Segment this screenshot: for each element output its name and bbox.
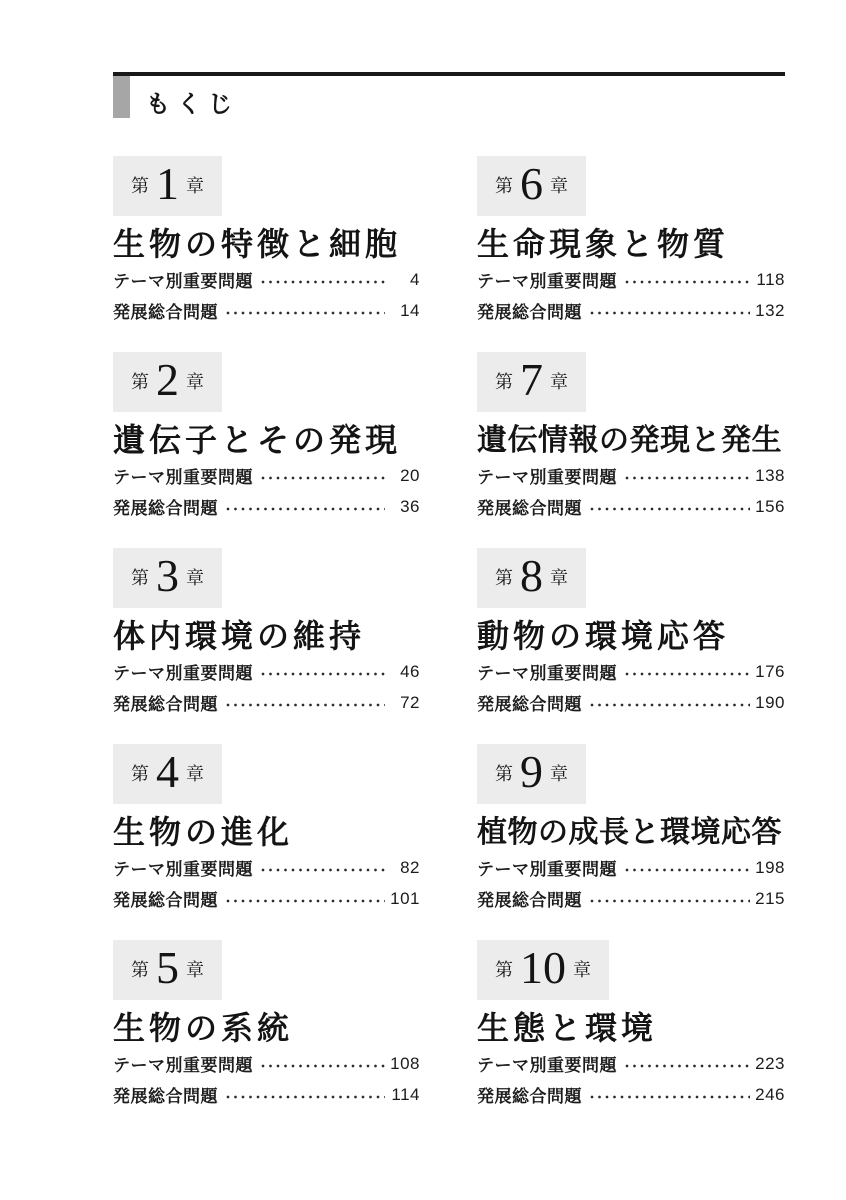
page-number: 156 <box>755 497 785 517</box>
dot-leader <box>261 280 385 284</box>
chapter-suffix: 章 <box>550 177 568 195</box>
toc-entry-label: テーマ別重要問題 <box>477 463 617 488</box>
chapter-title: 遺伝子とその発現 <box>113 421 420 460</box>
toc-entry-label: テーマ別重要問題 <box>113 463 253 488</box>
dot-leader <box>261 1064 385 1068</box>
toc-entry: 発展総合問題 101 <box>113 883 420 914</box>
chapter-number: 2 <box>156 357 179 403</box>
page-number: 190 <box>755 693 785 713</box>
toc-entry: 発展総合問題 36 <box>113 491 420 522</box>
page-number: 108 <box>390 1054 420 1074</box>
toc-content: もくじ 第 1 章 生物の特徴と細胞 テーマ別重要問題 4 <box>113 72 785 1136</box>
chapter-prefix: 第 <box>131 765 149 783</box>
chapter-card: 第 5 章 生物の系統 テーマ別重要問題 108 発展総合問題 114 <box>113 940 420 1136</box>
chapter-card: 第 10 章 生態と環境 テーマ別重要問題 223 発展総合問題 246 <box>477 940 785 1136</box>
dot-leader <box>261 868 385 872</box>
toc-entry-label: 発展総合問題 <box>113 298 218 323</box>
page-number: 20 <box>390 466 420 486</box>
toc-entry: テーマ別重要問題 223 <box>477 1048 785 1079</box>
chapter-number: 1 <box>156 161 179 207</box>
chapter-suffix: 章 <box>186 569 204 587</box>
chapter-suffix: 章 <box>186 961 204 979</box>
chapter-number: 3 <box>156 553 179 599</box>
toc-entry-label: テーマ別重要問題 <box>113 659 253 684</box>
toc-entry: 発展総合問題 114 <box>113 1079 420 1110</box>
toc-entry-label: 発展総合問題 <box>113 886 218 911</box>
chapter-number: 4 <box>156 749 179 795</box>
toc-entry-label: テーマ別重要問題 <box>477 267 617 292</box>
page-number: 82 <box>390 858 420 878</box>
chapter-prefix: 第 <box>131 569 149 587</box>
page-number: 46 <box>390 662 420 682</box>
chapter-prefix: 第 <box>495 961 513 979</box>
chapter-prefix: 第 <box>495 569 513 587</box>
dot-leader <box>590 703 750 707</box>
toc-entry: テーマ別重要問題 46 <box>113 656 420 687</box>
chapter-card: 第 1 章 生物の特徴と細胞 テーマ別重要問題 4 発展総合問題 14 <box>113 156 420 352</box>
dot-leader <box>625 280 750 284</box>
page-number: 118 <box>755 270 785 290</box>
chapter-badge: 第 4 章 <box>113 744 222 804</box>
page-number: 4 <box>390 270 420 290</box>
chapter-title: 生物の進化 <box>113 813 420 852</box>
chapter-number: 10 <box>520 945 566 991</box>
chapter-title: 動物の環境応答 <box>477 617 785 656</box>
toc-header: もくじ <box>113 72 785 122</box>
chapter-badge: 第 9 章 <box>477 744 586 804</box>
chapter-card: 第 3 章 体内環境の維持 テーマ別重要問題 46 発展総合問題 72 <box>113 548 420 744</box>
page-number: 198 <box>755 858 785 878</box>
chapter-suffix: 章 <box>186 373 204 391</box>
chapter-suffix: 章 <box>186 177 204 195</box>
page-number: 101 <box>390 889 420 909</box>
toc-entry: 発展総合問題 72 <box>113 687 420 718</box>
chapter-badge: 第 7 章 <box>477 352 586 412</box>
toc-entry: テーマ別重要問題 108 <box>113 1048 420 1079</box>
page-number: 36 <box>390 497 420 517</box>
chapter-card: 第 4 章 生物の進化 テーマ別重要問題 82 発展総合問題 101 <box>113 744 420 940</box>
chapter-suffix: 章 <box>550 765 568 783</box>
chapter-badge: 第 5 章 <box>113 940 222 1000</box>
toc-entry: 発展総合問題 190 <box>477 687 785 718</box>
dot-leader <box>261 476 385 480</box>
dot-leader <box>625 868 750 872</box>
chapter-badge: 第 2 章 <box>113 352 222 412</box>
chapter-prefix: 第 <box>495 373 513 391</box>
dot-leader <box>226 507 385 511</box>
chapter-number: 8 <box>520 553 543 599</box>
dot-leader <box>226 1095 385 1099</box>
page-number: 114 <box>390 1085 420 1105</box>
page-number: 215 <box>755 889 785 909</box>
chapter-badge: 第 6 章 <box>477 156 586 216</box>
chapter-card: 第 9 章 植物の成長と環境応答 テーマ別重要問題 198 発展総合問題 215 <box>477 744 785 940</box>
chapter-title: 生物の特徴と細胞 <box>113 225 420 264</box>
chapter-prefix: 第 <box>131 961 149 979</box>
toc-entry-label: テーマ別重要問題 <box>477 659 617 684</box>
chapter-title: 生命現象と物質 <box>477 225 785 264</box>
chapter-number: 7 <box>520 357 543 403</box>
toc-entry-label: 発展総合問題 <box>477 298 582 323</box>
toc-entry: 発展総合問題 156 <box>477 491 785 522</box>
chapter-card: 第 8 章 動物の環境応答 テーマ別重要問題 176 発展総合問題 190 <box>477 548 785 744</box>
chapter-badge: 第 10 章 <box>477 940 609 1000</box>
chapter-card: 第 7 章 遺伝情報の発現と発生 テーマ別重要問題 138 発展総合問題 156 <box>477 352 785 548</box>
chapter-suffix: 章 <box>550 373 568 391</box>
dot-leader <box>590 311 750 315</box>
toc-entry-label: 発展総合問題 <box>477 1082 582 1107</box>
chapter-title: 体内環境の維持 <box>113 617 420 656</box>
toc-entry-label: 発展総合問題 <box>477 494 582 519</box>
dot-leader <box>590 507 750 511</box>
dot-leader <box>590 1095 750 1099</box>
toc-entry: テーマ別重要問題 176 <box>477 656 785 687</box>
page-title: もくじ <box>146 84 239 119</box>
page-number: 223 <box>755 1054 785 1074</box>
toc-entry-label: テーマ別重要問題 <box>477 855 617 880</box>
chapter-suffix: 章 <box>573 961 591 979</box>
toc-entry-label: テーマ別重要問題 <box>113 1051 253 1076</box>
toc-entry: テーマ別重要問題 4 <box>113 264 420 295</box>
toc-page: もくじ 第 1 章 生物の特徴と細胞 テーマ別重要問題 4 <box>0 0 846 1200</box>
chapter-number: 9 <box>520 749 543 795</box>
chapter-suffix: 章 <box>550 569 568 587</box>
chapter-badge: 第 8 章 <box>477 548 586 608</box>
dot-leader <box>625 476 750 480</box>
dot-leader <box>625 672 750 676</box>
toc-entry: テーマ別重要問題 118 <box>477 264 785 295</box>
chapter-card: 第 6 章 生命現象と物質 テーマ別重要問題 118 発展総合問題 132 <box>477 156 785 352</box>
toc-entry: 発展総合問題 215 <box>477 883 785 914</box>
page-number: 14 <box>390 301 420 321</box>
chapter-prefix: 第 <box>495 765 513 783</box>
toc-entry-label: テーマ別重要問題 <box>113 267 253 292</box>
toc-entry-label: 発展総合問題 <box>113 690 218 715</box>
toc-entry: テーマ別重要問題 82 <box>113 852 420 883</box>
chapter-prefix: 第 <box>131 177 149 195</box>
toc-entry-label: 発展総合問題 <box>113 494 218 519</box>
dot-leader <box>226 311 385 315</box>
dot-leader <box>590 899 750 903</box>
toc-entry: 発展総合問題 14 <box>113 295 420 326</box>
toc-entry-label: テーマ別重要問題 <box>113 855 253 880</box>
toc-entry-label: 発展総合問題 <box>477 690 582 715</box>
chapter-prefix: 第 <box>131 373 149 391</box>
chapter-suffix: 章 <box>186 765 204 783</box>
chapter-title: 生物の系統 <box>113 1009 420 1048</box>
toc-entry-label: 発展総合問題 <box>477 886 582 911</box>
chapter-number: 5 <box>156 945 179 991</box>
toc-columns: 第 1 章 生物の特徴と細胞 テーマ別重要問題 4 発展総合問題 14 <box>113 156 785 1136</box>
page-number: 176 <box>755 662 785 682</box>
toc-entry-label: 発展総合問題 <box>113 1082 218 1107</box>
page-number: 72 <box>390 693 420 713</box>
page-number: 132 <box>755 301 785 321</box>
chapter-title: 遺伝情報の発現と発生 <box>477 421 785 460</box>
toc-entry: テーマ別重要問題 198 <box>477 852 785 883</box>
toc-entry: 発展総合問題 246 <box>477 1079 785 1110</box>
toc-entry: テーマ別重要問題 20 <box>113 460 420 491</box>
page-number: 246 <box>755 1085 785 1105</box>
toc-entry: 発展総合問題 132 <box>477 295 785 326</box>
dot-leader <box>261 672 385 676</box>
chapter-prefix: 第 <box>495 177 513 195</box>
header-accent-bar <box>113 76 130 118</box>
chapter-title: 生態と環境 <box>477 1009 785 1048</box>
dot-leader <box>226 899 385 903</box>
chapter-number: 6 <box>520 161 543 207</box>
toc-column-left: 第 1 章 生物の特徴と細胞 テーマ別重要問題 4 発展総合問題 14 <box>113 156 420 1136</box>
toc-entry: テーマ別重要問題 138 <box>477 460 785 491</box>
chapter-badge: 第 1 章 <box>113 156 222 216</box>
toc-column-right: 第 6 章 生命現象と物質 テーマ別重要問題 118 発展総合問題 132 <box>477 156 785 1136</box>
dot-leader <box>625 1064 750 1068</box>
page-number: 138 <box>755 466 785 486</box>
chapter-card: 第 2 章 遺伝子とその発現 テーマ別重要問題 20 発展総合問題 36 <box>113 352 420 548</box>
toc-entry-label: テーマ別重要問題 <box>477 1051 617 1076</box>
dot-leader <box>226 703 385 707</box>
chapter-title: 植物の成長と環境応答 <box>477 813 785 852</box>
chapter-badge: 第 3 章 <box>113 548 222 608</box>
